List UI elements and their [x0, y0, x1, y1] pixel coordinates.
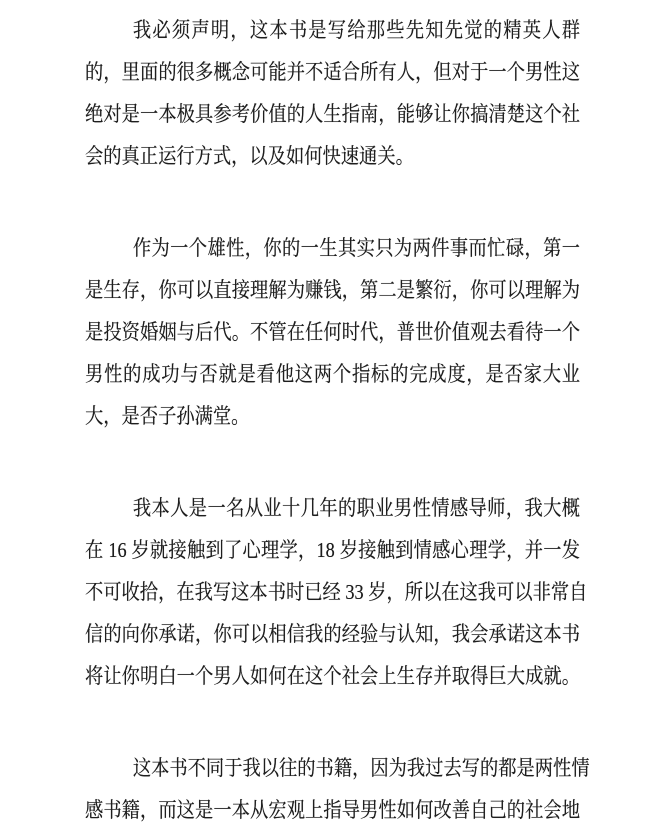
paragraph-3: 我本人是一名从业十几年的职业男性情感导师，我大概 在 16 岁就接触到了心理学，…	[85, 487, 580, 697]
text-line: 我必须声明，这本书是写给那些先知先觉的精英人群	[85, 9, 580, 51]
text-line: 作为一个雄性，你的一生其实只为两件事而忙碌，第一	[85, 227, 580, 269]
page-text-column: 我必须声明，这本书是写给那些先知先觉的精英人群 的，里面的很多概念可能并不适合所…	[0, 0, 651, 823]
paragraph-4: 这本书不同于我以往的书籍，因为我过去写的都是两性情 感书籍，而这是一本从宏观上指…	[85, 747, 580, 823]
text-line: 绝对是一本极具参考价值的人生指南，能够让你搞清楚这个社	[85, 93, 580, 135]
document-page: 我必须声明，这本书是写给那些先知先觉的精英人群 的，里面的很多概念可能并不适合所…	[0, 0, 651, 823]
text-line: 男性的成功与否就是看他这两个指标的完成度，是否家大业	[85, 353, 580, 395]
text-line: 是生存，你可以直接理解为赚钱，第二是繁衍，你可以理解为	[85, 269, 580, 311]
text-line: 将让你明白一个男人如何在这个社会上生存并取得巨大成就。	[85, 655, 580, 697]
text-line: 感书籍，而这是一本从宏观上指导男性如何改善自己的社会地	[85, 789, 580, 823]
text-line: 不可收拾，在我写这本书时已经 33 岁，所以在这我可以非常自	[85, 571, 580, 613]
text-line: 的，里面的很多概念可能并不适合所有人，但对于一个男性这	[85, 51, 580, 93]
text-line: 大，是否子孙满堂。	[85, 395, 580, 437]
paragraph-1: 我必须声明，这本书是写给那些先知先觉的精英人群 的，里面的很多概念可能并不适合所…	[85, 9, 580, 177]
paragraph-2: 作为一个雄性，你的一生其实只为两件事而忙碌，第一 是生存，你可以直接理解为赚钱，…	[85, 227, 580, 437]
text-line: 这本书不同于我以往的书籍，因为我过去写的都是两性情	[85, 747, 580, 789]
text-line: 信的向你承诺，你可以相信我的经验与认知，我会承诺这本书	[85, 613, 580, 655]
text-line: 在 16 岁就接触到了心理学，18 岁接触到情感心理学，并一发	[85, 529, 580, 571]
text-line: 我本人是一名从业十几年的职业男性情感导师，我大概	[85, 487, 580, 529]
text-line: 是投资婚姻与后代。不管在任何时代，普世价值观去看待一个	[85, 311, 580, 353]
text-line: 会的真正运行方式，以及如何快速通关。	[85, 135, 580, 177]
